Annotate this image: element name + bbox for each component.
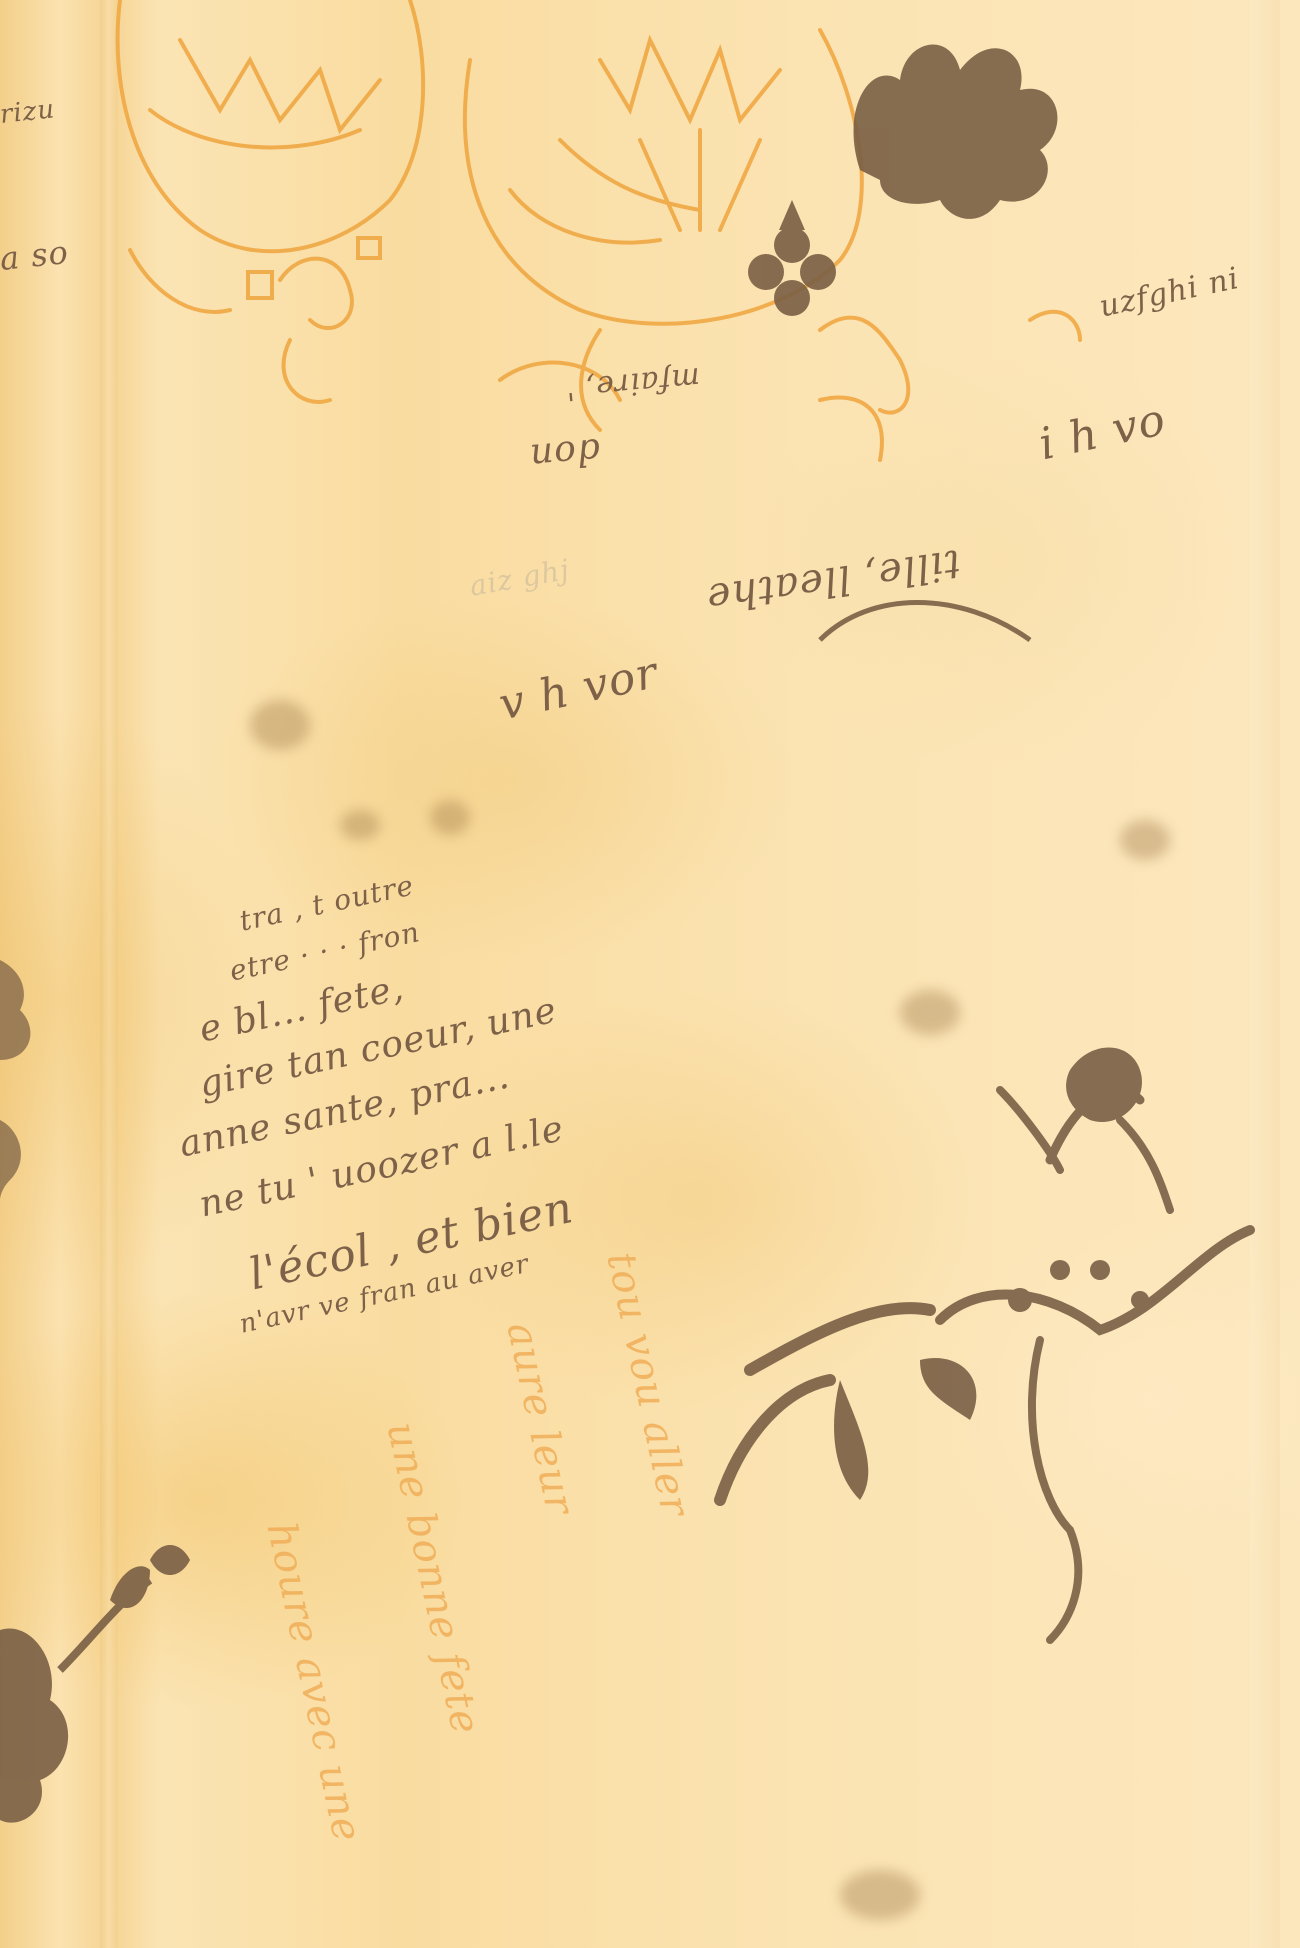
stain	[250, 700, 310, 750]
script-line: a so	[0, 233, 71, 278]
fan-flower-motif	[854, 45, 1058, 219]
script-line: don	[528, 430, 602, 477]
fabric-photo: tra , t outre etre · · · fron e bl... fe…	[0, 0, 1300, 1948]
stain	[340, 810, 380, 840]
stain	[430, 800, 470, 835]
stain	[1120, 820, 1170, 860]
script-line: rizu	[0, 94, 56, 130]
bottom-left-flower-motif	[0, 1545, 190, 1823]
stain	[840, 1870, 920, 1920]
scroll-flourish-motif	[720, 1090, 1250, 1640]
quatrefoil-motif	[748, 200, 836, 316]
stain	[900, 990, 960, 1035]
